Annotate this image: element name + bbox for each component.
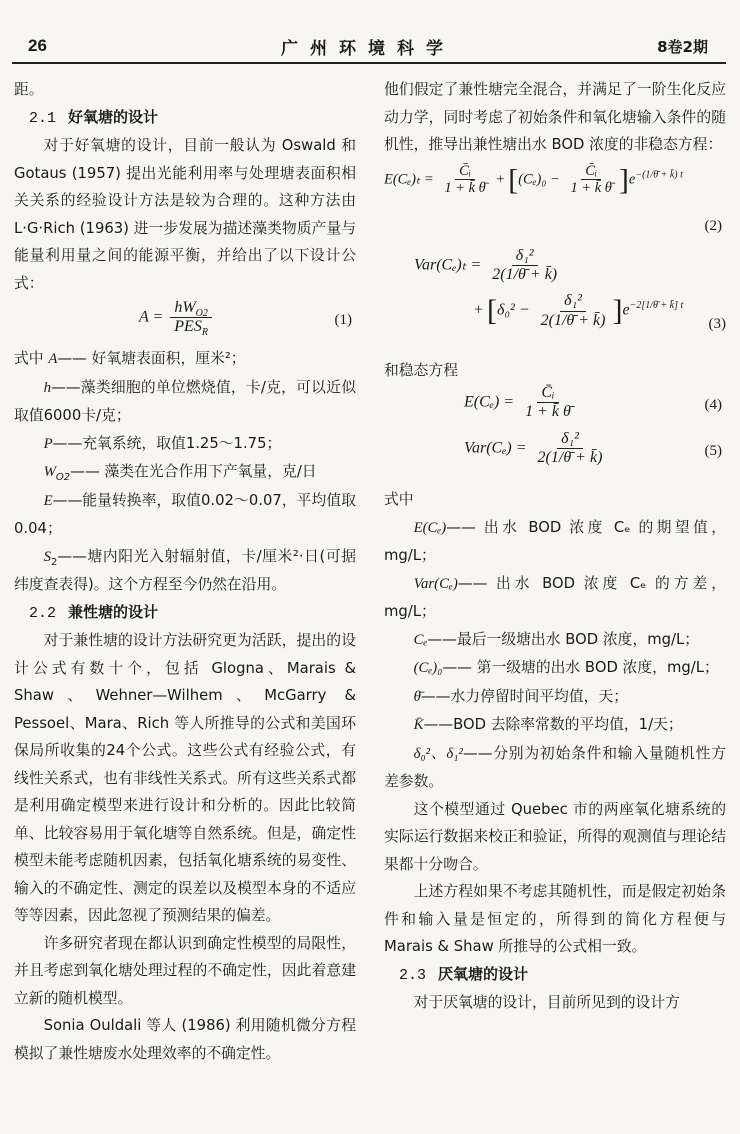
paragraph: 他们假定了兼性塘完全混合，并满足了一阶生化反应动力学，同时考虑了初始条件和氧化塘… — [384, 76, 726, 159]
left-column: 距。 2.1好氧塘的设计 对于好氧塘的设计，目前一般认为 Oswald 和 Go… — [14, 76, 356, 1067]
equation-3: Var(Cₑ)ₜ = δ₁²2(1/θ̄ + k̄) + [δ₀² − δ₁²2… — [384, 247, 726, 357]
paragraph: 对于好氧塘的设计，目前一般认为 Oswald 和 Gotaus (1957) 提… — [14, 132, 356, 297]
equation-number: (3) — [709, 311, 727, 339]
paragraph: 许多研究者现在都认识到确定性模型的局限性，并且考虑到氧化塘处理过程的不确定性，因… — [14, 930, 356, 1013]
definition-item: h——藻类细胞的单位燃烧值，卡/克，可以近似取值6000卡/克； — [14, 374, 356, 430]
right-column: 他们假定了兼性塘完全混合，并满足了一阶生化反应动力学，同时考虑了初始条件和氧化塘… — [384, 76, 726, 1017]
definition-item: P——充氧系统，取值1.25～1.75； — [14, 430, 356, 459]
equation-number: (4) — [705, 392, 723, 420]
page-header: 26 广州环境科学 8卷2期 — [14, 30, 722, 60]
section-heading-2-2: 2.2兼性塘的设计 — [14, 599, 356, 628]
journal-title: 广州环境科学 — [14, 34, 722, 59]
section-heading-2-3: 2.3厌氧塘的设计 — [384, 961, 726, 990]
equation-5: Var(Cₑ) = δ₁²2(1/θ̄ + k̄) (5) — [384, 430, 726, 486]
definition-item: WO2—— 藻类在光合作用下产氧量，克/日 — [14, 458, 356, 487]
paragraph: 这个模型通过 Quebec 市的两座氧化塘系统的实际运行数据来校正和验证，所得的… — [384, 796, 726, 879]
definitions-intro: 式中 — [384, 486, 726, 514]
equation-4: E(Cₑ) = C̄ᵢ1 + k̄ θ̄ (4) — [384, 384, 726, 430]
header-rule — [12, 62, 726, 64]
definition-item: E(Cₑ)—— 出水 BOD 浓度 Cₑ 的期望值，mg/L； — [384, 514, 726, 570]
paragraph: 对于厌氧塘的设计，目前所见到的设计方 — [384, 989, 726, 1017]
section-heading-2-1: 2.1好氧塘的设计 — [14, 104, 356, 133]
equation-number: (5) — [705, 438, 723, 466]
paragraph: 上述方程如果不考虑其随机性，而是假定初始条件和输入量是恒定的，所得到的简化方程便… — [384, 878, 726, 961]
paragraph: Sonia Ouldali 等人 (1986) 利用随机微分方程模拟了兼性塘废水… — [14, 1012, 356, 1067]
definition-item: θ̄——水力停留时间平均值，天； — [384, 683, 726, 712]
definitions-intro: 式中 A—— 好氧塘表面积，厘米²； — [14, 345, 356, 374]
equation-2: E(Cₑ)ₜ = C̄ᵢ1 + k̄ θ̄ + [(Cₑ)₀ − C̄ᵢ1 + … — [384, 163, 726, 213]
definition-item: S2——塘内阳光入射辐射值，卡/厘米²·日(可据纬度查表得)。这个方程至今仍然在… — [14, 543, 356, 599]
definition-item: E——能量转换率，取值0.02～0.07，平均值取0.04； — [14, 487, 356, 543]
equation-1: A = hWO2 PESR (1) — [14, 299, 356, 345]
definition-item: δ₀²、δ₁²——分别为初始条件和输入量随机性方差参数。 — [384, 740, 726, 796]
equation-number: (1) — [335, 307, 353, 335]
paragraph: 对于兼性塘的设计方法研究更为活跃，提出的设计公式有数十个，包括 Glogna、M… — [14, 627, 356, 930]
definition-item: Var(Cₑ)—— 出水 BOD 浓度 Cₑ 的方差，mg/L； — [384, 570, 726, 626]
issue-label: 8卷2期 — [657, 36, 708, 57]
steady-state-intro: 和稳态方程 — [384, 357, 726, 385]
definition-item: (Cₑ)₀—— 第一级塘的出水 BOD 浓度，mg/L； — [384, 654, 726, 683]
carryover-text: 距。 — [14, 76, 356, 104]
equation-number: (2) — [705, 213, 723, 241]
definition-item: K̄——BOD 去除率常数的平均值，1/天； — [384, 711, 726, 740]
definition-item: Cₑ——最后一级塘出水 BOD 浓度，mg/L； — [384, 626, 726, 655]
